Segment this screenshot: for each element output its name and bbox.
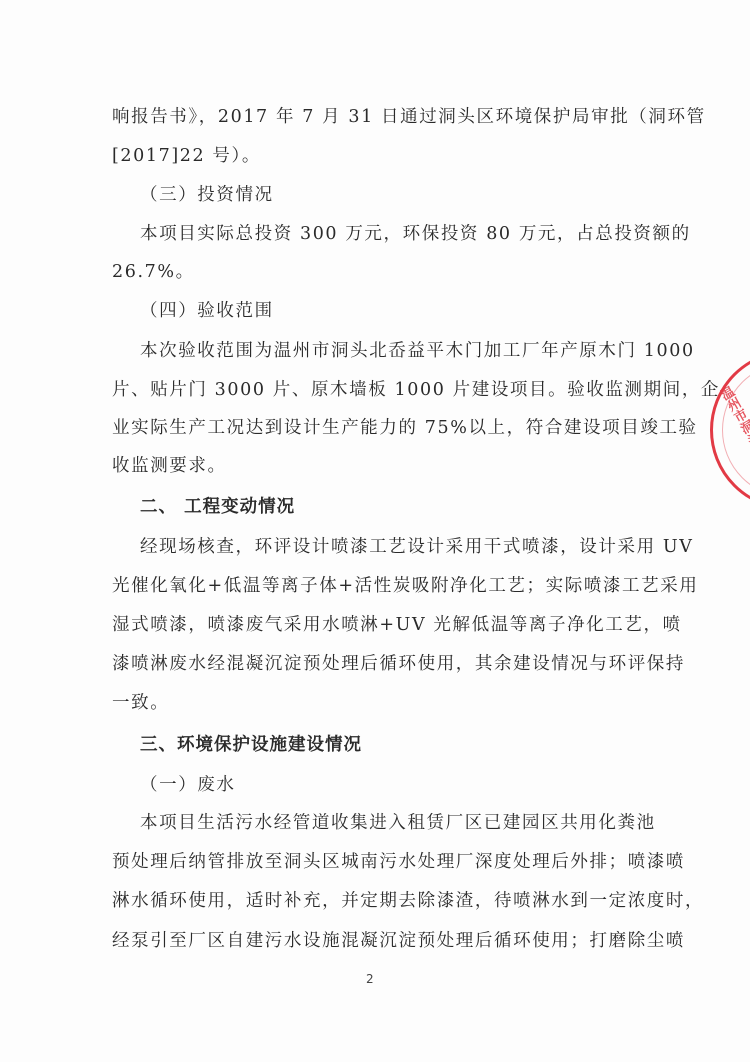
body-text-line: 一致。 <box>112 691 632 715</box>
body-text-line: 淋水循环使用，适时补充，并定期去除漆渣，待喷淋水到一定浓度时， <box>112 889 632 913</box>
body-text-line: 湿式喷漆，喷漆废气采用水喷淋+UV 光解低温等离子净化工艺，喷 <box>112 613 632 637</box>
section-heading: 三、环境保护设施建设情况 <box>140 733 660 757</box>
body-text-line: 片、贴片门 3000 片、原木墙板 1000 片建设项目。验收监测期间，企 <box>112 378 632 402</box>
body-text-line: 收监测要求。 <box>112 454 632 478</box>
page-number: 2 <box>366 972 374 986</box>
body-text-line: 26.7%。 <box>112 260 632 284</box>
subsection-heading: （三）投资情况 <box>140 183 660 207</box>
body-text-line: 经泵引至厂区自建污水设施混凝沉淀预处理后循环使用；打磨除尘喷 <box>112 929 632 953</box>
body-text-line: 业实际生产工况达到设计生产能力的 75%以上，符合建设项目竣工验 <box>112 416 632 440</box>
body-text-line: 本项目实际总投资 300 万元，环保投资 80 万元，占总投资额的 <box>140 222 632 246</box>
subsection-heading: （一）废水 <box>140 773 660 797</box>
body-text-line: 本次验收范围为温州市洞头北岙益平木门加工厂年产原木门 1000 <box>140 339 632 363</box>
body-text-line: 经现场核查，环评设计喷漆工艺设计采用干式喷漆，设计采用 UV <box>140 535 632 559</box>
body-text-line: 漆喷淋废水经混凝沉淀预处理后循环使用，其余建设情况与环评保持 <box>112 652 632 676</box>
body-text-line: 本项目生活污水经管道收集进入租赁厂区已建园区共用化粪池 <box>140 811 632 835</box>
body-text-line: 预处理后纳管排放至洞头区城南污水处理厂深度处理后外排；喷漆喷 <box>112 850 632 874</box>
subsection-heading: （四）验收范围 <box>140 299 660 323</box>
body-text-line: 光催化氧化+低温等离子体+活性炭吸附净化工艺；实际喷漆工艺采用 <box>112 574 632 598</box>
body-text-line: 响报告书》，2017 年 7 月 31 日通过洞头区环境保护局审批（洞环管 <box>112 105 632 129</box>
document-page: 温州市洞头北岙益 响报告书》，2017 年 7 月 31 日通过洞头区环境保护局… <box>0 0 750 1062</box>
body-text-line: [2017]22 号）。 <box>112 144 632 168</box>
section-heading: 二、 工程变动情况 <box>140 495 660 519</box>
